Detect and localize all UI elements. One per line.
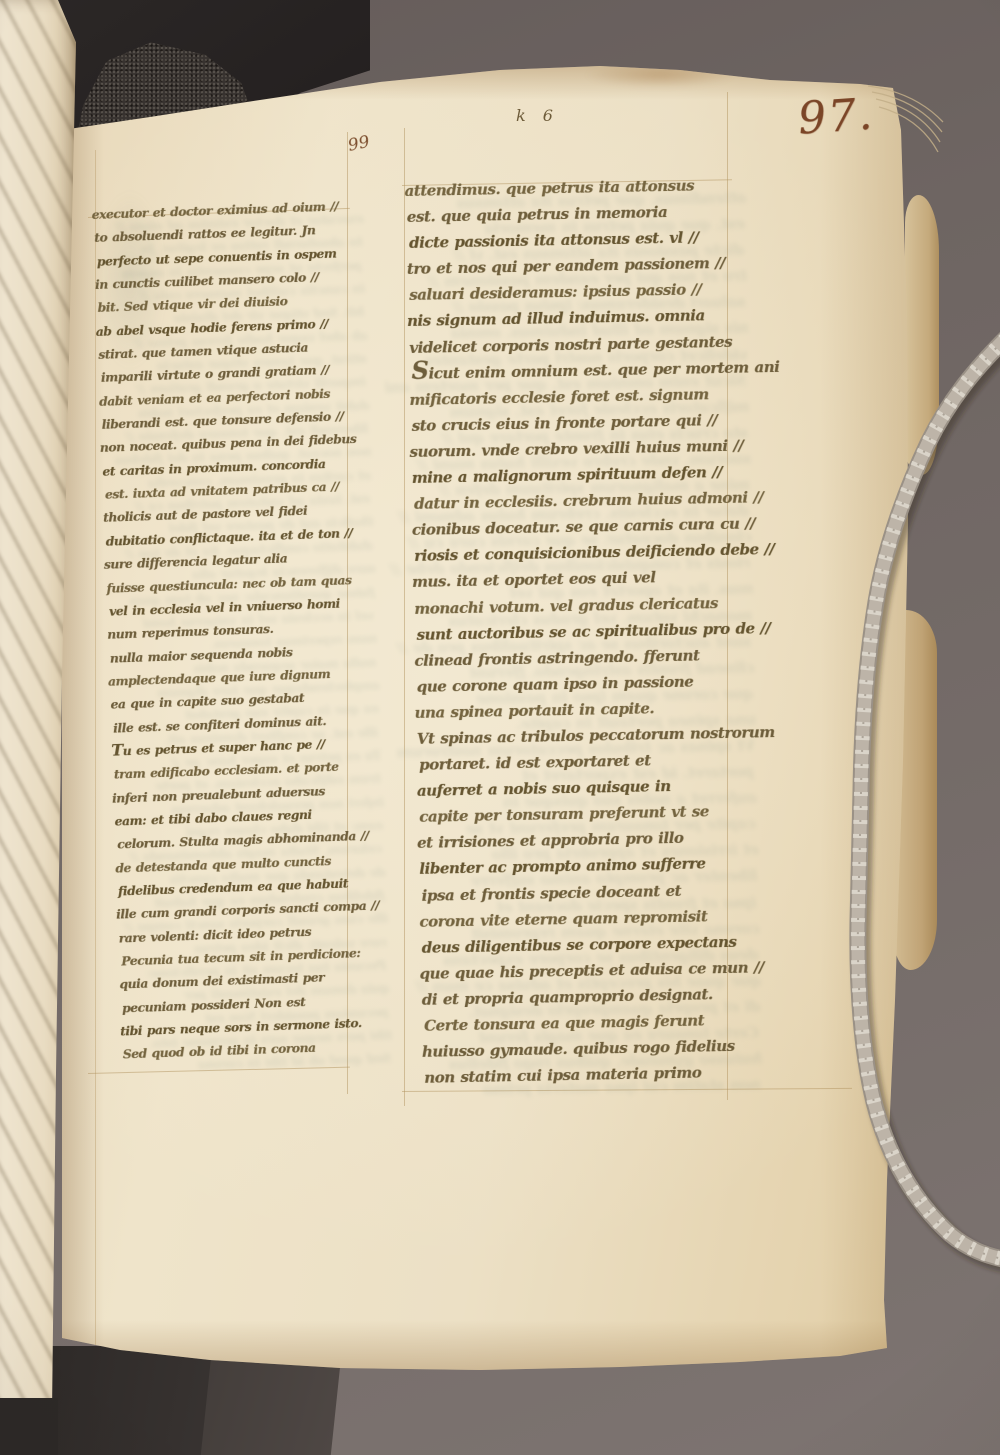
under-page-edge [905,195,939,475]
right-column-ink-layer: attendimus. que petrus ita attonsusest. … [406,172,755,1091]
text-column-left: executor et doctor eximius ad oium //to … [93,194,385,1066]
text-column-right: attendimus. que petrus ita attonsusest. … [406,172,755,1091]
manuscript-photograph: { "page": { "page_number": "97.", "quire… [0,0,1000,1455]
quire-mark: k 6 [516,106,559,125]
parchment-stain [585,62,735,88]
page-number: 97. [797,90,910,142]
dark-area-bottom-left [0,1398,58,1455]
ruling-line-vertical-col2-left [404,128,405,1106]
left-column-ink-layer: executor et doctor eximius ad oium //to … [93,194,385,1066]
manuscript-page: 97. 99 k 6 executor et doctor eximius ad… [0,0,1000,1455]
folio-number: 99 [346,132,371,156]
foam-book-support-bottom-2 [201,1356,341,1455]
foam-book-support-bottom [48,1346,213,1455]
